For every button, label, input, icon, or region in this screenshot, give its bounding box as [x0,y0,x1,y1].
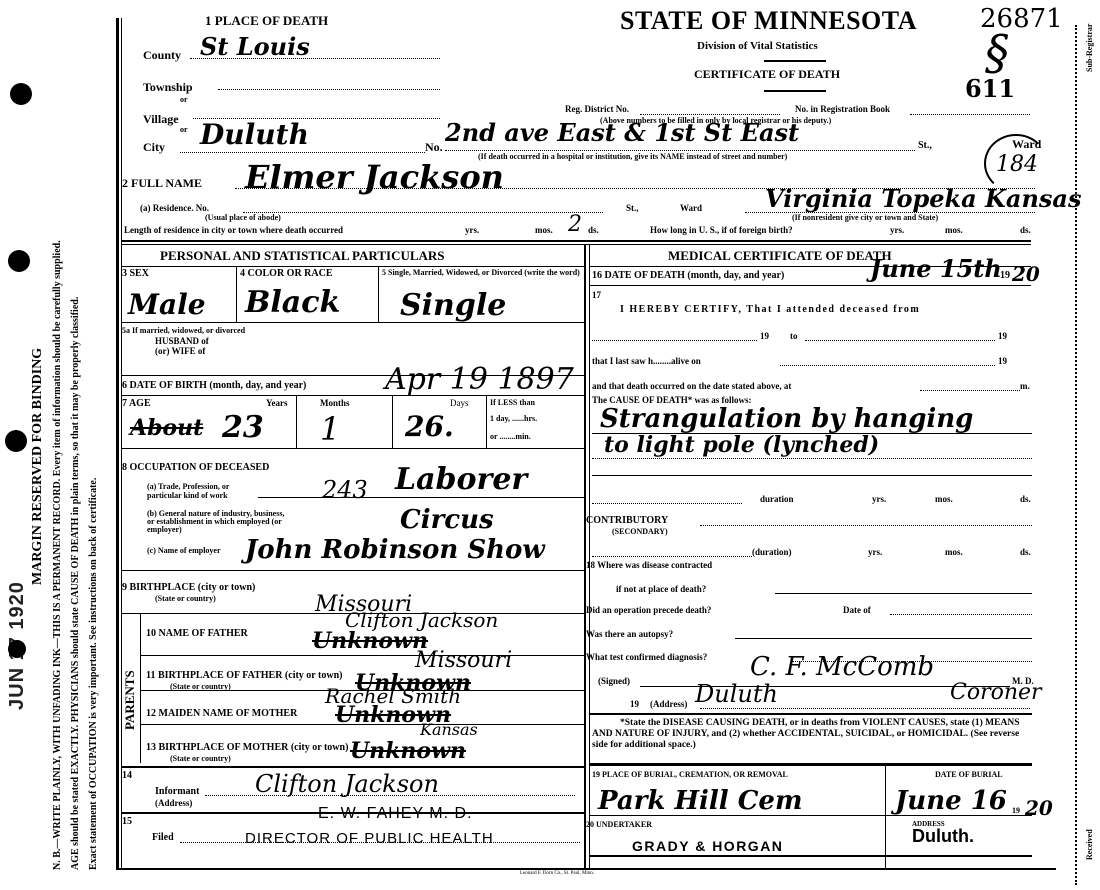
street-st-label: St., [918,140,932,151]
year-19-label: 19 [630,699,639,709]
full-name-value: Elmer Jackson [245,158,504,196]
informant-value: Clifton Jackson [255,770,439,798]
undertaker-label: 20 UNDERTAKER [586,820,652,829]
informant-field [205,795,575,796]
burial-date-label: DATE OF BURIAL [935,770,1003,779]
length-of-residence-label: Length of residence in city or town wher… [124,225,343,235]
spouse-label-3: (or) WIFE of [155,346,205,356]
contributory-label: CONTRIBUTORY [586,515,668,526]
year-19-label: 19 [998,331,1007,341]
residence-months-value: 2 [568,212,582,237]
city-value: Duluth [200,118,309,151]
to-label: to [790,331,798,341]
street-no-label: No. [425,140,443,155]
us-residence-label: How long in U. S., if of foreign birth? [650,225,793,235]
burial-date-value: June 16 [895,786,1007,816]
binding-hole [5,430,27,452]
years-label: Years [266,398,288,408]
spouse-label-1: 5a If married, widowed, or divorced [122,326,245,335]
village-label: Village [143,112,179,127]
binding-hole [10,83,32,105]
row-divider [121,570,584,571]
cell-divider [486,395,487,448]
autopsy-label: Was there an autopsy? [586,629,673,639]
row-divider [140,655,584,656]
section-divider [121,240,1031,242]
personal-section-title: PERSONAL AND STATISTICAL PARTICULARS [160,248,445,264]
county-field [190,58,440,59]
reg-district-label: Reg. District No. [565,104,629,114]
address-field [700,708,1030,709]
m-label: m. [1020,381,1030,391]
employer-value: John Robinson Show [245,535,545,565]
informant-number: 14 [122,770,132,781]
year-19-label: 19 [760,331,769,341]
cause-line-2: to light pole (lynched) [604,432,879,458]
where-contracted-field [775,593,1032,594]
days-label: Days [450,398,469,408]
test-label: What test confirmed diagnosis? [586,652,707,662]
mos-label: mos. [945,547,963,557]
less-than-label: If LESS than [490,398,535,407]
mos-label: mos. [935,494,953,504]
duration-label: duration [760,494,794,504]
binding-hole [8,250,30,272]
form-bottom-border [116,868,1056,870]
hospital-note: (If death occurred in a hospital or inst… [478,152,787,161]
county-value: St Louis [200,32,310,61]
row-divider [589,763,1032,766]
physician-address-value: Duluth [695,680,778,708]
age-months-value: 1 [320,410,340,448]
yrs-label: yrs. [872,494,886,504]
industry-label: (b) General nature of industry, business… [147,510,292,534]
division-label: Division of Vital Statistics [697,40,818,52]
row-divider [589,815,1032,816]
full-name-label: 2 FULL NAME [122,176,202,191]
parents-side-label: PARENTS [122,670,138,730]
spouse-label-2: HUSBAND of [155,336,209,346]
handwritten-mark: § [985,25,1009,81]
trade-label: (a) Trade, Profession, or particular kin… [147,482,257,500]
cell-divider [392,395,393,448]
cell-divider [236,266,237,322]
marital-label: 5 Single, Married, Widowed, or Divorced … [382,268,582,277]
father-name-label: 10 NAME OF FATHER [146,628,248,639]
received-label: Received [1085,829,1094,860]
burial-year-prefix: 19 [1012,806,1020,815]
race-label: 4 COLOR OR RACE [240,268,333,279]
dod-year-prefix: 19 [1000,270,1010,281]
us-ds-label: ds. [1020,225,1031,235]
street-field [445,150,915,151]
age-years-value: 23 [222,410,264,445]
race-value: Black [245,285,340,320]
cause-field-3 [592,475,1032,476]
burial-year: 20 [1025,796,1053,820]
occurred-at-field [920,390,1020,391]
reg-book-field [910,114,1030,115]
attended-to-field [805,340,995,341]
column-divider [584,244,586,868]
dod-label: 16 DATE OF DEATH (month, day, and year) [592,270,784,281]
yrs-label: yrs. [868,547,882,557]
divider [764,60,826,62]
us-yrs-label: yrs. [890,225,904,235]
ds-label: ds. [1020,494,1031,504]
row-divider [589,713,1032,715]
mother-birthplace-struck: Unknown [350,738,466,764]
trade-field [258,497,584,498]
us-mos-label: mos. [945,225,963,235]
mother-birthplace-value: Kansas [420,720,478,739]
where-contracted-label: 18 Where was disease contracted [586,560,712,570]
mother-birthplace-label: 13 BIRTHPLACE OF MOTHER (city or town) [146,742,348,753]
operation-label: Did an operation precede death? [586,605,711,615]
row-divider [589,285,1031,286]
nonresident-note: (If nonresident give city or town and St… [792,213,938,222]
address-label: (Address) [650,699,687,709]
township-label: Township [143,80,193,95]
residence-field [243,212,603,213]
sex-label: 3 SEX [122,268,149,279]
secondary-label: (SECONDARY) [612,527,668,536]
residence-label: (a) Residence. No. [140,203,209,213]
duration2-label: (duration) [752,547,792,557]
physician-title-value: Coroner [950,680,1042,705]
if-not-place-label: if not at place of death? [616,584,706,594]
mos-label: mos. [535,225,553,235]
cause-field-2 [592,458,1032,459]
cause-line-1: Strangulation by hanging [600,404,973,434]
burial-place-label: 19 PLACE OF BURIAL, CREMATION, OR REMOVA… [592,770,788,779]
father-birthplace-label: 11 BIRTHPLACE OF FATHER (city or town) [146,670,343,681]
form-left-border-inner [121,18,122,868]
last-saw-label: that I last saw h........alive on [592,356,701,366]
age-label: 7 AGE [122,398,151,409]
printer-imprint: Leonard F. Dorn Co., St. Paul, Minn. [520,871,594,876]
age-struck-text: About [130,415,203,441]
date-of-label: Date of [843,605,871,615]
filed-label: Filed [152,832,174,843]
dod-year: 20 [1012,262,1040,286]
column-divider-inner [589,244,590,868]
margin-instruction-3: Exact statement of OCCUPATION is very im… [88,478,99,870]
row-divider [121,448,584,449]
trade-value: Laborer [395,462,527,497]
less-than-day: 1 day, ......hrs. [490,414,537,423]
filed-number: 15 [122,816,132,827]
marital-value: Single [400,288,506,323]
dob-value: Apr 19 1897 [385,362,574,397]
county-label: County [143,48,181,63]
autopsy-field [735,638,1032,639]
burial-place-value: Park Hill Cem [598,786,802,816]
row-divider [121,395,584,396]
birthplace-sublabel: (State or country) [155,594,216,603]
reg-district-field [640,114,780,115]
duration-field [592,503,742,504]
last-saw-field [780,365,995,366]
cell-divider [378,266,379,322]
certify-number: 17 [592,290,601,300]
occupation-number: 243 [322,476,368,504]
cell-divider [296,395,297,448]
state-title: STATE OF MINNESOTA [620,6,917,36]
dob-label: 6 DATE OF BIRTH (month, day, and year) [122,380,306,391]
sub-registrar-label: Sub-Registrar [1085,24,1094,72]
township-field [218,89,440,90]
row-divider [121,322,584,323]
city-label: City [143,140,165,155]
reg-book-label: No. in Registration Book [795,104,890,114]
attended-from-field [592,340,757,341]
sex-value: Male [128,288,206,321]
signed-value: C. F. McComb [750,652,934,682]
industry-value: Circus [400,505,494,535]
residence-st-label: St., [626,203,639,213]
informant-label: Informant [155,786,199,797]
medical-section-title: MEDICAL CERTIFICATE OF DEATH [668,248,892,264]
yrs-label: yrs. [465,225,479,235]
certify-text: I HEREBY CERTIFY, That I attended deceas… [620,304,920,315]
filed-stamp-title: DIRECTOR OF PUBLIC HEALTH [245,830,494,847]
ds-label: ds. [1020,547,1031,557]
row-divider [589,855,1032,857]
dod-value: June 15th [870,254,1002,283]
birthplace-label: 9 BIRTHPLACE (city or town) [122,582,255,593]
ward-value: 184 [996,152,1038,177]
parents-box-divider [140,613,141,763]
margin-instruction-1: N. B.—WRITE PLAINLY, WITH UNFADING INK—T… [52,240,63,870]
residence-sublabel: (Usual place of abode) [205,213,281,222]
occurred-at-label: and that death occurred on the date stat… [592,381,791,391]
row-divider [140,724,584,725]
margin-instruction-2: AGE should be stated EXACTLY. PHYSICIANS… [70,297,81,870]
section-divider [121,244,1031,245]
residence-ward-label: Ward [680,203,702,213]
informant-address-label: (Address) [155,798,192,808]
undertaker-value: GRADY & HORGAN [632,838,783,854]
cause-footnote: *State the DISEASE CAUSING DEATH, or in … [592,718,1032,751]
mother-birthplace-sublabel: (State or country) [170,754,231,763]
duration2-field [592,556,752,557]
sub-registrar-margin-line [1075,25,1077,885]
burial-address-value: Duluth. [912,826,974,847]
less-than-min: or ........min. [490,432,531,441]
signed-label: (Signed) [598,676,630,686]
street-value: 2nd ave East & 1st St East [445,118,799,147]
occupation-label: 8 OCCUPATION OF DECEASED [122,462,269,473]
ds-label: ds. [588,225,599,235]
certificate-title: CERTIFICATE OF DEATH [694,67,840,82]
divider [764,90,826,92]
filed-stamp-name: E. W. FAHEY M. D. [318,805,473,823]
or-label: or [180,95,188,104]
row-divider [121,766,584,768]
residence-value: Virginia Topeka Kansas [765,184,1081,213]
city-field [180,152,425,153]
father-name-struck: Unknown [312,628,428,654]
form-left-border [116,18,119,868]
employer-label: (c) Name of employer [147,546,221,555]
margin-binding-note: MARGIN RESERVED FOR BINDING [30,348,46,585]
or-label: or [180,125,188,134]
mother-name-label: 12 MAIDEN NAME OF MOTHER [146,708,297,719]
binding-hole [8,640,26,658]
contributory-field [700,525,1032,526]
place-of-death-heading: 1 PLACE OF DEATH [205,13,328,29]
year-19-label: 19 [998,356,1007,366]
operation-date-field [890,614,1032,615]
age-days-value: 26. [405,410,454,443]
months-label: Months [320,398,350,408]
row-divider [121,266,584,267]
